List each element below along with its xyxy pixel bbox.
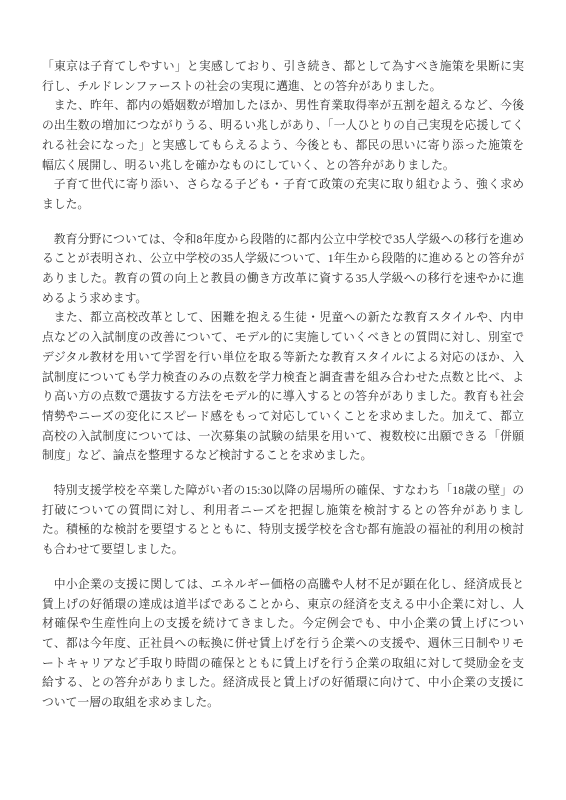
paragraph-block-childcare: 「東京は子育てしやすい」と実感しており、引き続き、都として為すべき施策を果断に実… bbox=[42, 57, 524, 215]
paragraph: 中小企業の支援に関しては、エネルギー価格の高騰や人材不足が顕在化し、経済成長と賃… bbox=[42, 575, 524, 713]
paragraph-block-special-support-school: 特別支援学校を卒業した障がい者の15:30以降の居場所の確保、すなわち「18歳の… bbox=[42, 481, 524, 560]
paragraph: 特別支援学校を卒業した障がい者の15:30以降の居場所の確保、すなわち「18歳の… bbox=[42, 481, 524, 560]
paragraph: 教育分野については、令和8年度から段階的に都内公立中学校で35人学級への移行を進… bbox=[42, 230, 524, 309]
paragraph: 子育て世代に寄り添い、さらなる子ども・子育て政策の充実に取り組むよう、強く求めま… bbox=[42, 175, 524, 214]
paragraph-block-education: 教育分野については、令和8年度から段階的に都内公立中学校で35人学級への移行を進… bbox=[42, 230, 524, 466]
paragraph: また、都立高校改革として、困難を抱える生徒・児童への新たな教育スタイルや、内申点… bbox=[42, 308, 524, 466]
paragraph: 「東京は子育てしやすい」と実感しており、引き続き、都として為すべき施策を果断に実… bbox=[42, 57, 524, 96]
document-page: 「東京は子育てしやすい」と実感しており、引き続き、都として為すべき施策を果断に実… bbox=[0, 0, 566, 800]
paragraph-block-small-business: 中小企業の支援に関しては、エネルギー価格の高騰や人材不足が顕在化し、経済成長と賃… bbox=[42, 575, 524, 713]
paragraph: また、昨年、都内の婚姻数が増加したほか、男性育業取得率が五割を超えるなど、今後の… bbox=[42, 96, 524, 175]
